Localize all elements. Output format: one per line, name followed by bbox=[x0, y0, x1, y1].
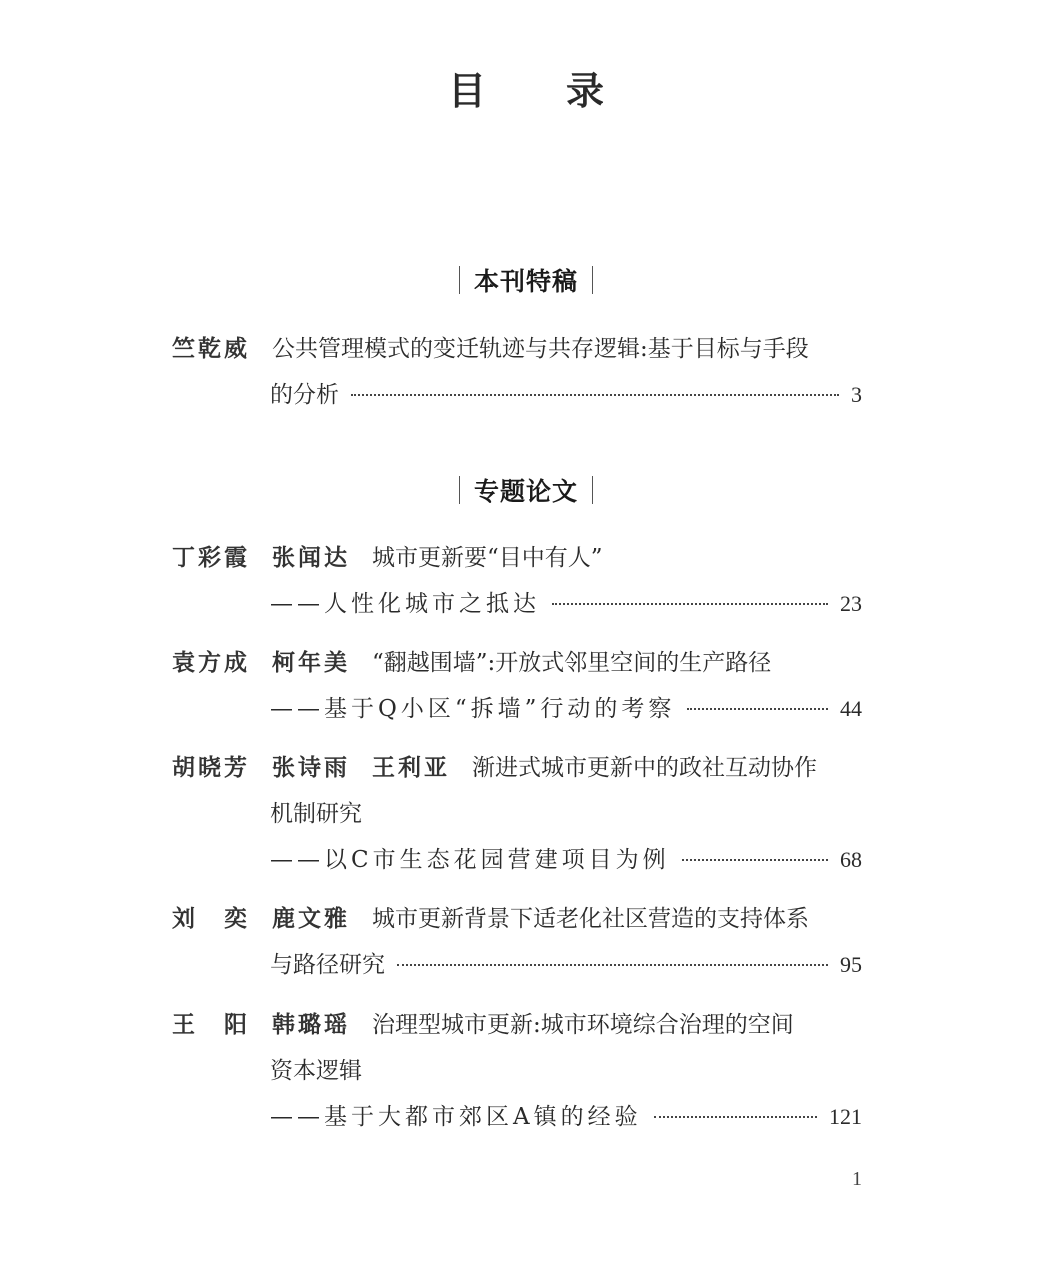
footer-page-number: 1 bbox=[852, 1168, 862, 1191]
entry-title-cont: 资本逻辑 bbox=[270, 1058, 362, 1084]
page-title: 目录 bbox=[0, 60, 1052, 115]
entry-subtitle: ——基于Q小区“拆墙”行动的考察 bbox=[270, 686, 675, 732]
page-number: 23 bbox=[840, 581, 862, 627]
author-name: 丁彩霞 bbox=[172, 535, 250, 581]
entry-title: “翻越围墙”:开放式邻里空间的生产路径 bbox=[372, 650, 771, 676]
dot-leader bbox=[351, 394, 839, 396]
author-name: 张闻达 bbox=[272, 535, 350, 581]
page-number: 95 bbox=[840, 942, 862, 988]
author-name: 刘 奕 bbox=[172, 896, 250, 942]
author-name: 鹿文雅 bbox=[272, 896, 350, 942]
title-char-2: 录 bbox=[566, 60, 604, 115]
toc-entry[interactable]: 袁方成柯年美“翻越围墙”:开放式邻里空间的生产路径 ——基于Q小区“拆墙”行动的… bbox=[172, 640, 862, 732]
dot-leader bbox=[654, 1116, 817, 1118]
divider-bar bbox=[592, 266, 593, 294]
author-name: 柯年美 bbox=[272, 640, 350, 686]
page-number: 121 bbox=[829, 1094, 862, 1140]
entry-subtitle: ——人性化城市之抵达 bbox=[270, 581, 540, 627]
entry-title-cont: 机制研究 bbox=[270, 801, 362, 827]
entry-title: 治理型城市更新:城市环境综合治理的空间 bbox=[372, 1012, 794, 1038]
title-char-1: 目 bbox=[448, 60, 486, 115]
dot-leader bbox=[397, 964, 828, 966]
divider-bar bbox=[459, 476, 460, 504]
author-name: 韩璐瑶 bbox=[272, 1002, 350, 1048]
page-number: 68 bbox=[840, 837, 862, 883]
entry-title: 渐进式城市更新中的政社互动协作 bbox=[472, 755, 817, 781]
dot-leader bbox=[687, 708, 828, 710]
author-name: 张诗雨 bbox=[272, 745, 350, 791]
entry-title: 公共管理模式的变迁轨迹与共存逻辑:基于目标与手段 bbox=[272, 336, 809, 362]
toc-entry[interactable]: 王 阳韩璐瑶治理型城市更新:城市环境综合治理的空间 资本逻辑 ——基于大都市郊区… bbox=[172, 1002, 862, 1140]
section-heading-special: 本刊特稿 bbox=[0, 262, 1052, 298]
entry-subtitle: ——以C市生态花园营建项目为例 bbox=[270, 837, 670, 883]
entry-title: 城市更新背景下适老化社区营造的支持体系 bbox=[372, 906, 809, 932]
toc-entry[interactable]: 刘 奕鹿文雅城市更新背景下适老化社区营造的支持体系 与路径研究 95 bbox=[172, 896, 862, 988]
divider-bar bbox=[592, 476, 593, 504]
entry-title-cont: 的分析 bbox=[270, 372, 339, 418]
toc-entry[interactable]: 胡晓芳张诗雨王利亚渐进式城市更新中的政社互动协作 机制研究 ——以C市生态花园营… bbox=[172, 745, 862, 883]
entry-title: 城市更新要“目中有人” bbox=[372, 545, 603, 571]
author-name: 胡晓芳 bbox=[172, 745, 250, 791]
author-name: 袁方成 bbox=[172, 640, 250, 686]
dot-leader bbox=[552, 603, 828, 605]
dot-leader bbox=[682, 859, 828, 861]
toc-entry[interactable]: 丁彩霞张闻达城市更新要“目中有人” ——人性化城市之抵达 23 bbox=[172, 535, 862, 627]
section-heading-topic: 专题论文 bbox=[0, 472, 1052, 508]
entry-title-cont: 与路径研究 bbox=[270, 942, 385, 988]
author-name: 竺乾威 bbox=[172, 326, 250, 372]
page-number: 44 bbox=[840, 686, 862, 732]
divider-bar bbox=[459, 266, 460, 294]
toc-entry[interactable]: 竺乾威公共管理模式的变迁轨迹与共存逻辑:基于目标与手段 的分析 3 bbox=[172, 326, 862, 418]
author-name: 王利亚 bbox=[372, 745, 450, 791]
author-name: 王 阳 bbox=[172, 1002, 250, 1048]
page-number: 3 bbox=[851, 372, 862, 418]
entry-subtitle: ——基于大都市郊区A镇的经验 bbox=[270, 1094, 642, 1140]
